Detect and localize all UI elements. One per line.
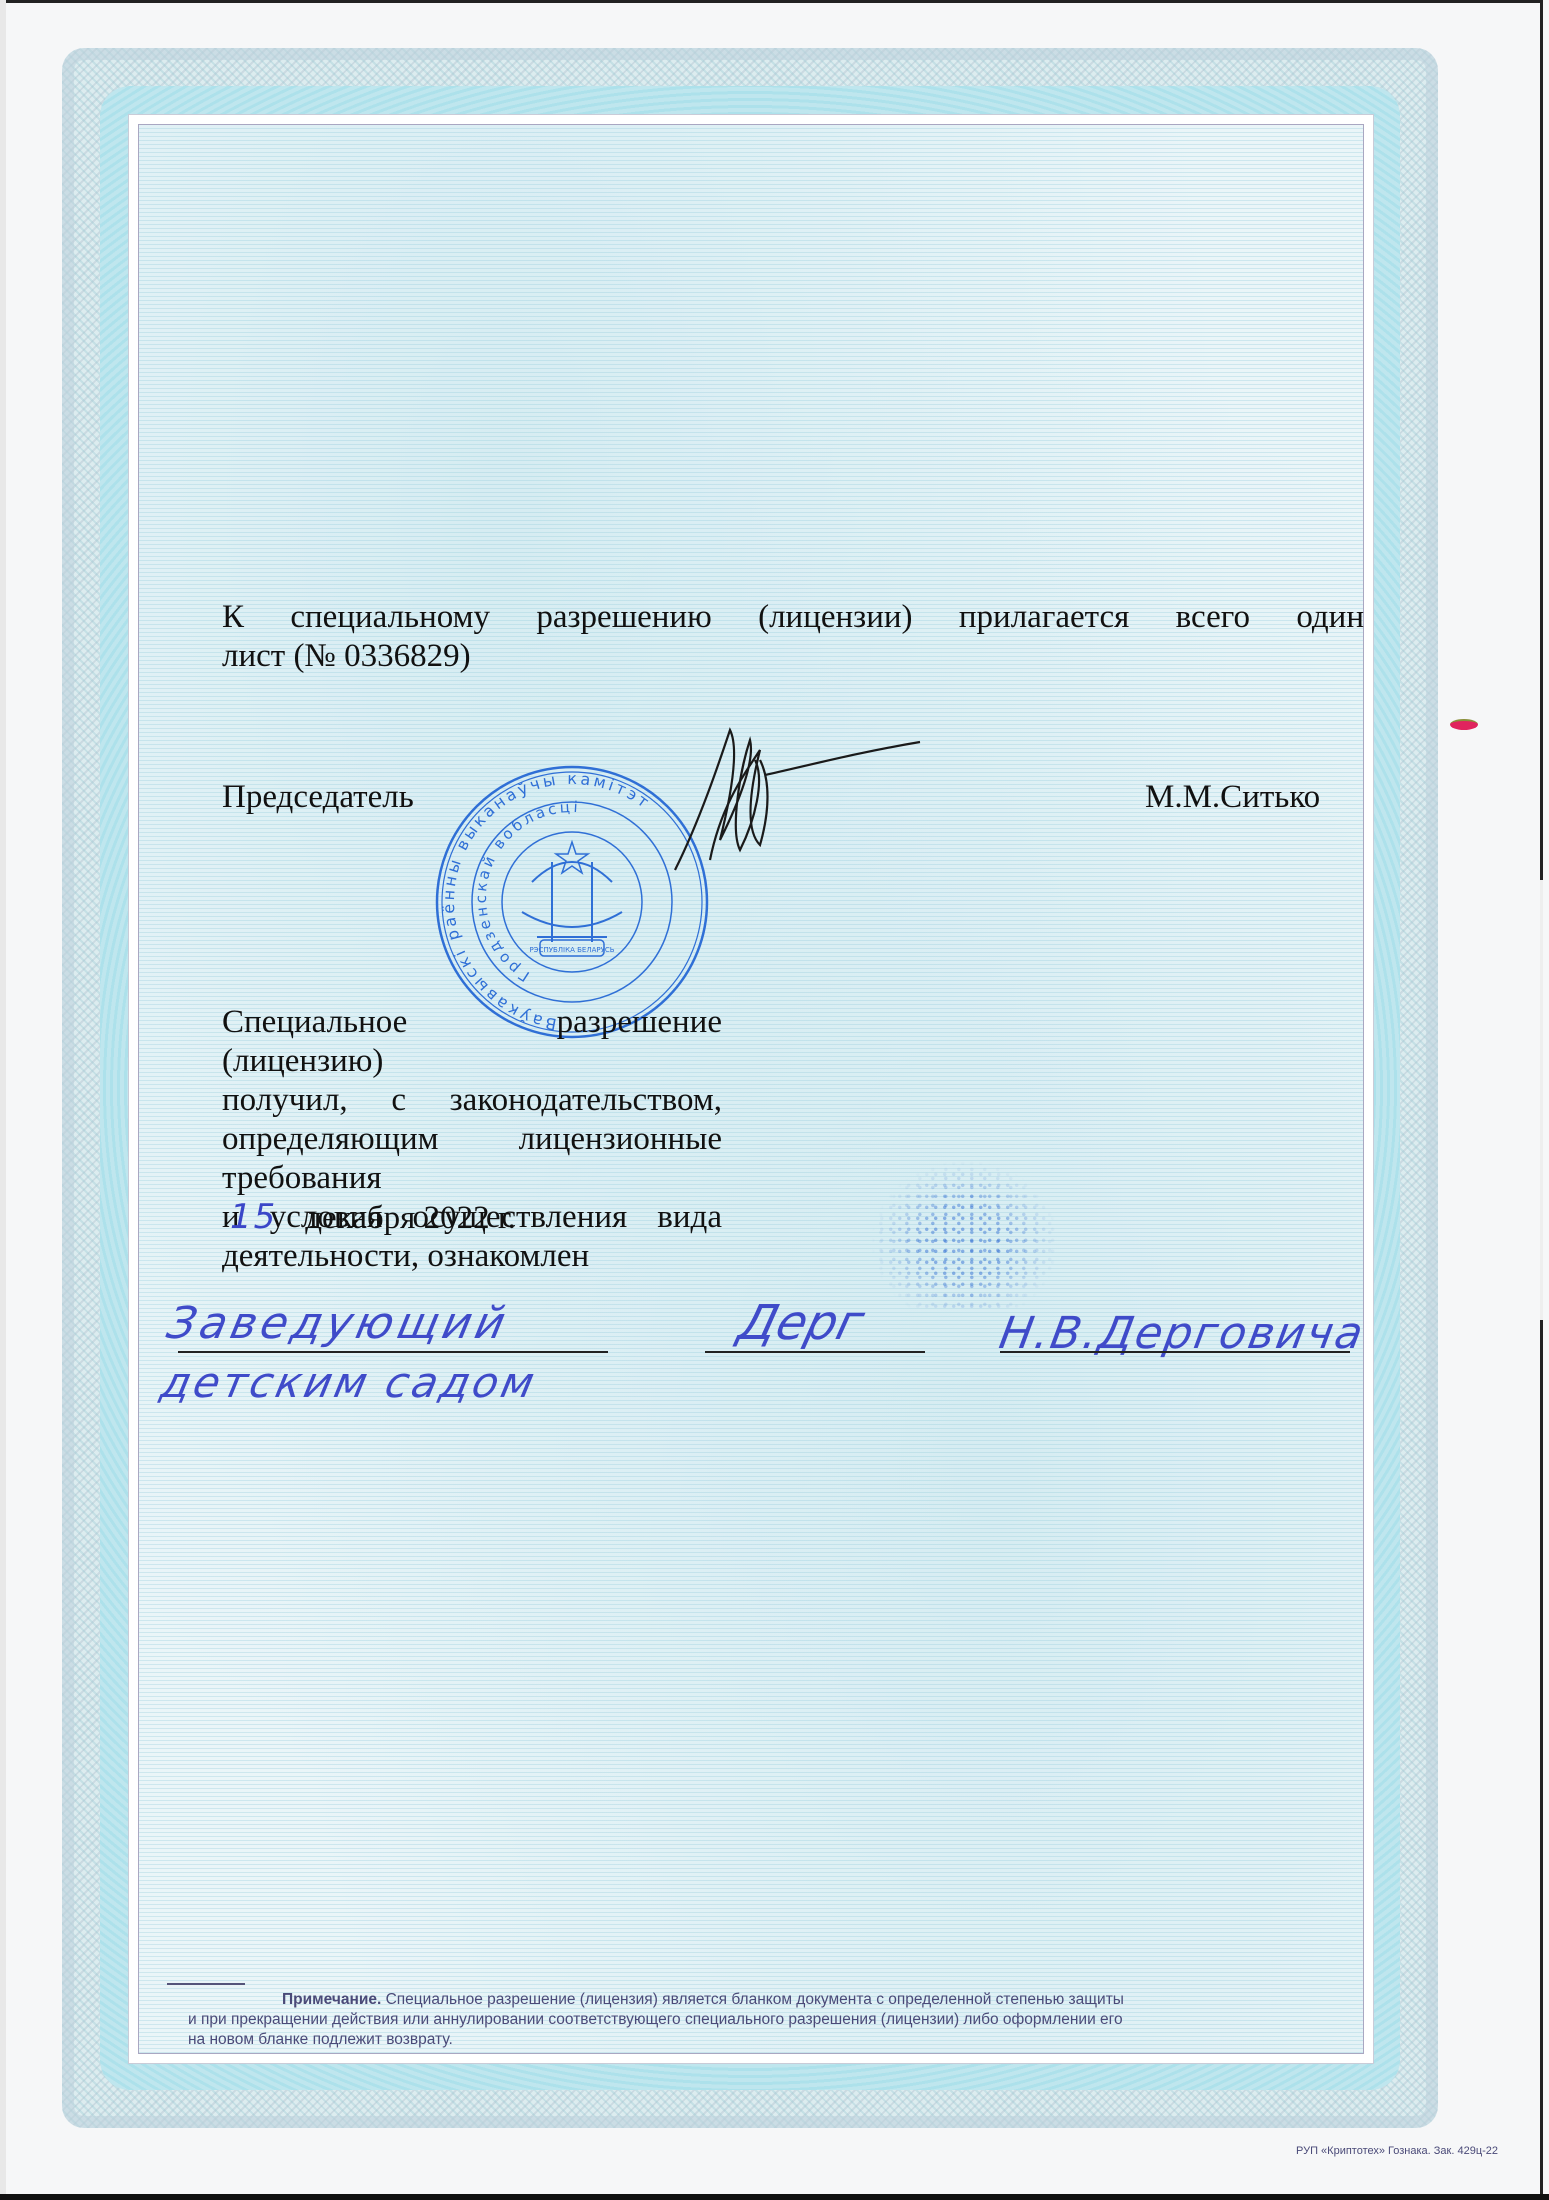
footnote: Примечание. Специальное разрешение (лице…	[188, 1990, 1338, 2050]
ack-line-2: получил, с законодательством,	[222, 1081, 722, 1120]
faint-stamp-dots	[870, 1160, 1060, 1310]
footnote-line-1: Специальное разрешение (лицензия) являет…	[386, 1991, 1124, 2008]
signature-underline	[705, 1351, 925, 1353]
seal-emblem-ribbon: РЭСПУБЛІКА БЕЛАРУСЬ	[529, 946, 614, 954]
footnote-rule	[167, 1983, 245, 1985]
ack-line-5: деятельности, ознакомлен	[222, 1237, 722, 1276]
chairman-name: М.М.Ситько	[1145, 778, 1320, 817]
position-underline	[178, 1351, 608, 1353]
attachment-line-2: лист (№ 0336829)	[222, 638, 471, 674]
recipient-signature: Дерг	[733, 1295, 870, 1351]
ack-line-1: Специальное разрешение (лицензию)	[222, 1003, 722, 1081]
recipient-position-line-1: Заведующий	[163, 1298, 514, 1349]
acknowledgement-date: 15декабря 2022 г.	[222, 1198, 516, 1238]
red-ink-mark	[1450, 719, 1478, 730]
date-month-year: декабря 2022 г.	[305, 1200, 516, 1236]
footnote-line-2: и при прекращении действия или аннулиров…	[188, 2010, 1338, 2030]
footnote-label: Примечание.	[282, 1991, 381, 2008]
scan-edge-top	[6, 0, 1542, 3]
chairman-label: Председатель	[222, 778, 414, 817]
chairman-signature-icon	[580, 720, 940, 880]
ack-line-3: определяющим лицензионные требования	[222, 1120, 722, 1198]
recipient-position-line-2: детским садом	[157, 1358, 542, 1407]
name-underline	[1000, 1351, 1350, 1353]
footnote-line-3: на новом бланке подлежит возврату.	[188, 2030, 1338, 2050]
scan-edge-right	[1540, 0, 1543, 2200]
attachment-line-1: К специальному разрешению (лицензии) при…	[222, 598, 1364, 637]
date-day-handwritten: 15	[230, 1197, 277, 1237]
attachment-statement: К специальному разрешению (лицензии) при…	[222, 598, 1364, 676]
scan-edge-left	[0, 0, 6, 2200]
printer-imprint: РУП «Криптотех» Гознака. Зак. 429ц-22	[1296, 2145, 1498, 2157]
scan-edge-bottom	[0, 2194, 1549, 2200]
